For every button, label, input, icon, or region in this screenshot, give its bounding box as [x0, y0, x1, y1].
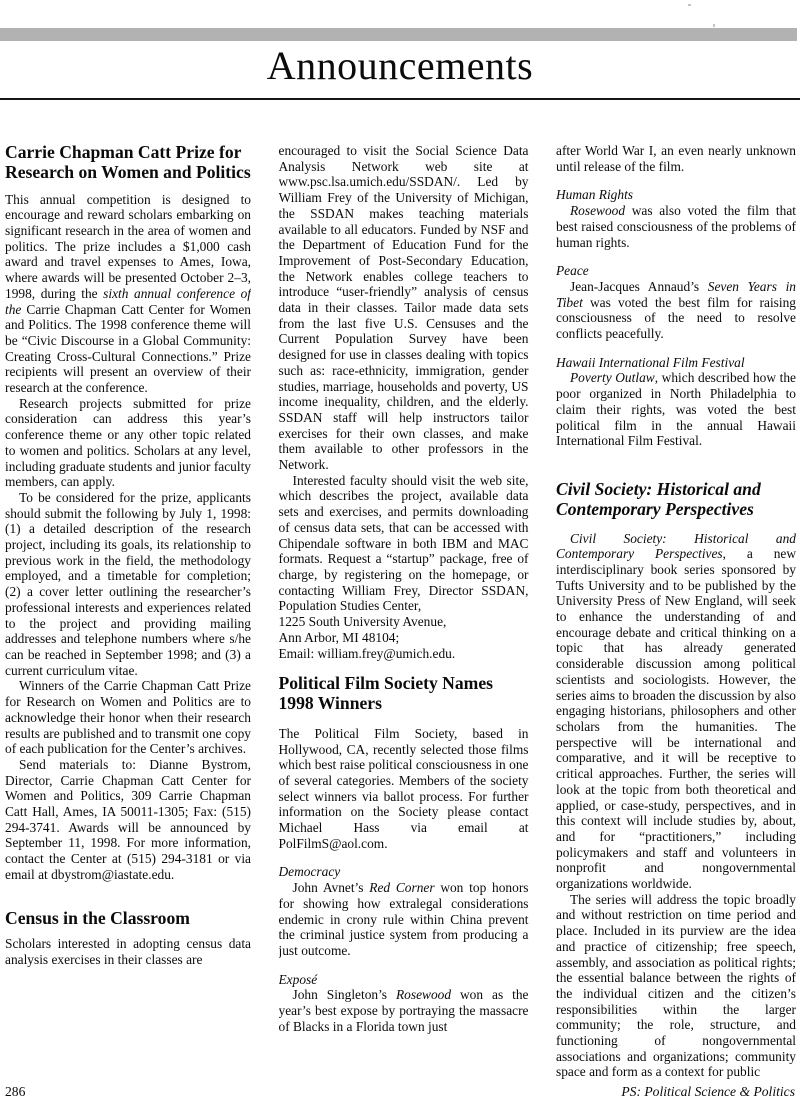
- page-title: Announcements: [0, 42, 800, 89]
- column-1: Carrie Chapman Catt Prize for Research o…: [5, 143, 251, 1081]
- page-number: 286: [5, 1084, 25, 1100]
- column-3: after World War I, an even nearly unknow…: [556, 143, 796, 1081]
- heading-film-society: Political Film Society Names 1998 Winner…: [279, 674, 529, 714]
- article-columns: Carrie Chapman Catt Prize for Research o…: [5, 143, 796, 1081]
- category-democracy: Democracy: [279, 864, 529, 880]
- catt-paragraph-4: Winners of the Carrie Chapman Catt Prize…: [5, 678, 251, 757]
- peace-paragraph: Jean-Jacques Annaud’s Seven Years in Tib…: [556, 279, 796, 342]
- film-paragraph-1: The Political Film Society, based in Hol…: [279, 726, 529, 852]
- expose-paragraph-col3: after World War I, an even nearly unknow…: [556, 143, 796, 174]
- human-rights-paragraph: Rosewood was also voted the film that be…: [556, 203, 796, 250]
- category-peace: Peace: [556, 263, 796, 279]
- expose-paragraph-col2: John Singleton’s Rosewood won as the yea…: [279, 987, 529, 1034]
- catt-paragraph-1: This annual competition is designed to e…: [5, 192, 251, 396]
- hawaii-paragraph: Poverty Outlaw, which described how the …: [556, 370, 796, 449]
- category-human-rights: Human Rights: [556, 187, 796, 203]
- democracy-paragraph: John Avnet’s Red Corner won top honors f…: [279, 880, 529, 959]
- heading-civil-society: Civil Society: Historical and Contempora…: [556, 480, 796, 520]
- column-2: encouraged to visit the Social Science D…: [279, 143, 529, 1081]
- category-expose: Exposé: [279, 972, 529, 988]
- census-paragraph-1-col2: encouraged to visit the Social Science D…: [279, 143, 529, 473]
- census-paragraph-1-col1: Scholars interested in adopting census d…: [5, 936, 251, 967]
- scan-artifact: [713, 24, 715, 27]
- civil-paragraph-2: The series will address the topic broadl…: [556, 892, 796, 1080]
- catt-paragraph-3: To be considered for the prize, applican…: [5, 490, 251, 678]
- header-rule: [0, 98, 800, 100]
- catt-paragraph-5: Send materials to: Dianne Bystrom, Direc…: [5, 757, 251, 883]
- page-footer: 286 PS: Political Science & Politics: [5, 1084, 795, 1100]
- category-hawaii-festival: Hawaii International Film Festival: [556, 355, 796, 371]
- journal-title: PS: Political Science & Politics: [621, 1084, 795, 1100]
- scan-artifact: [688, 4, 691, 6]
- catt-paragraph-2: Research projects submitted for prize co…: [5, 396, 251, 490]
- civil-paragraph-1: Civil Society: Historical and Contempora…: [556, 531, 796, 892]
- heading-catt-prize: Carrie Chapman Catt Prize for Research o…: [5, 143, 251, 183]
- census-paragraph-2: Interested faculty should visit the web …: [279, 473, 529, 661]
- heading-census-classroom: Census in the Classroom: [5, 909, 251, 929]
- header-gray-bar: [0, 28, 797, 41]
